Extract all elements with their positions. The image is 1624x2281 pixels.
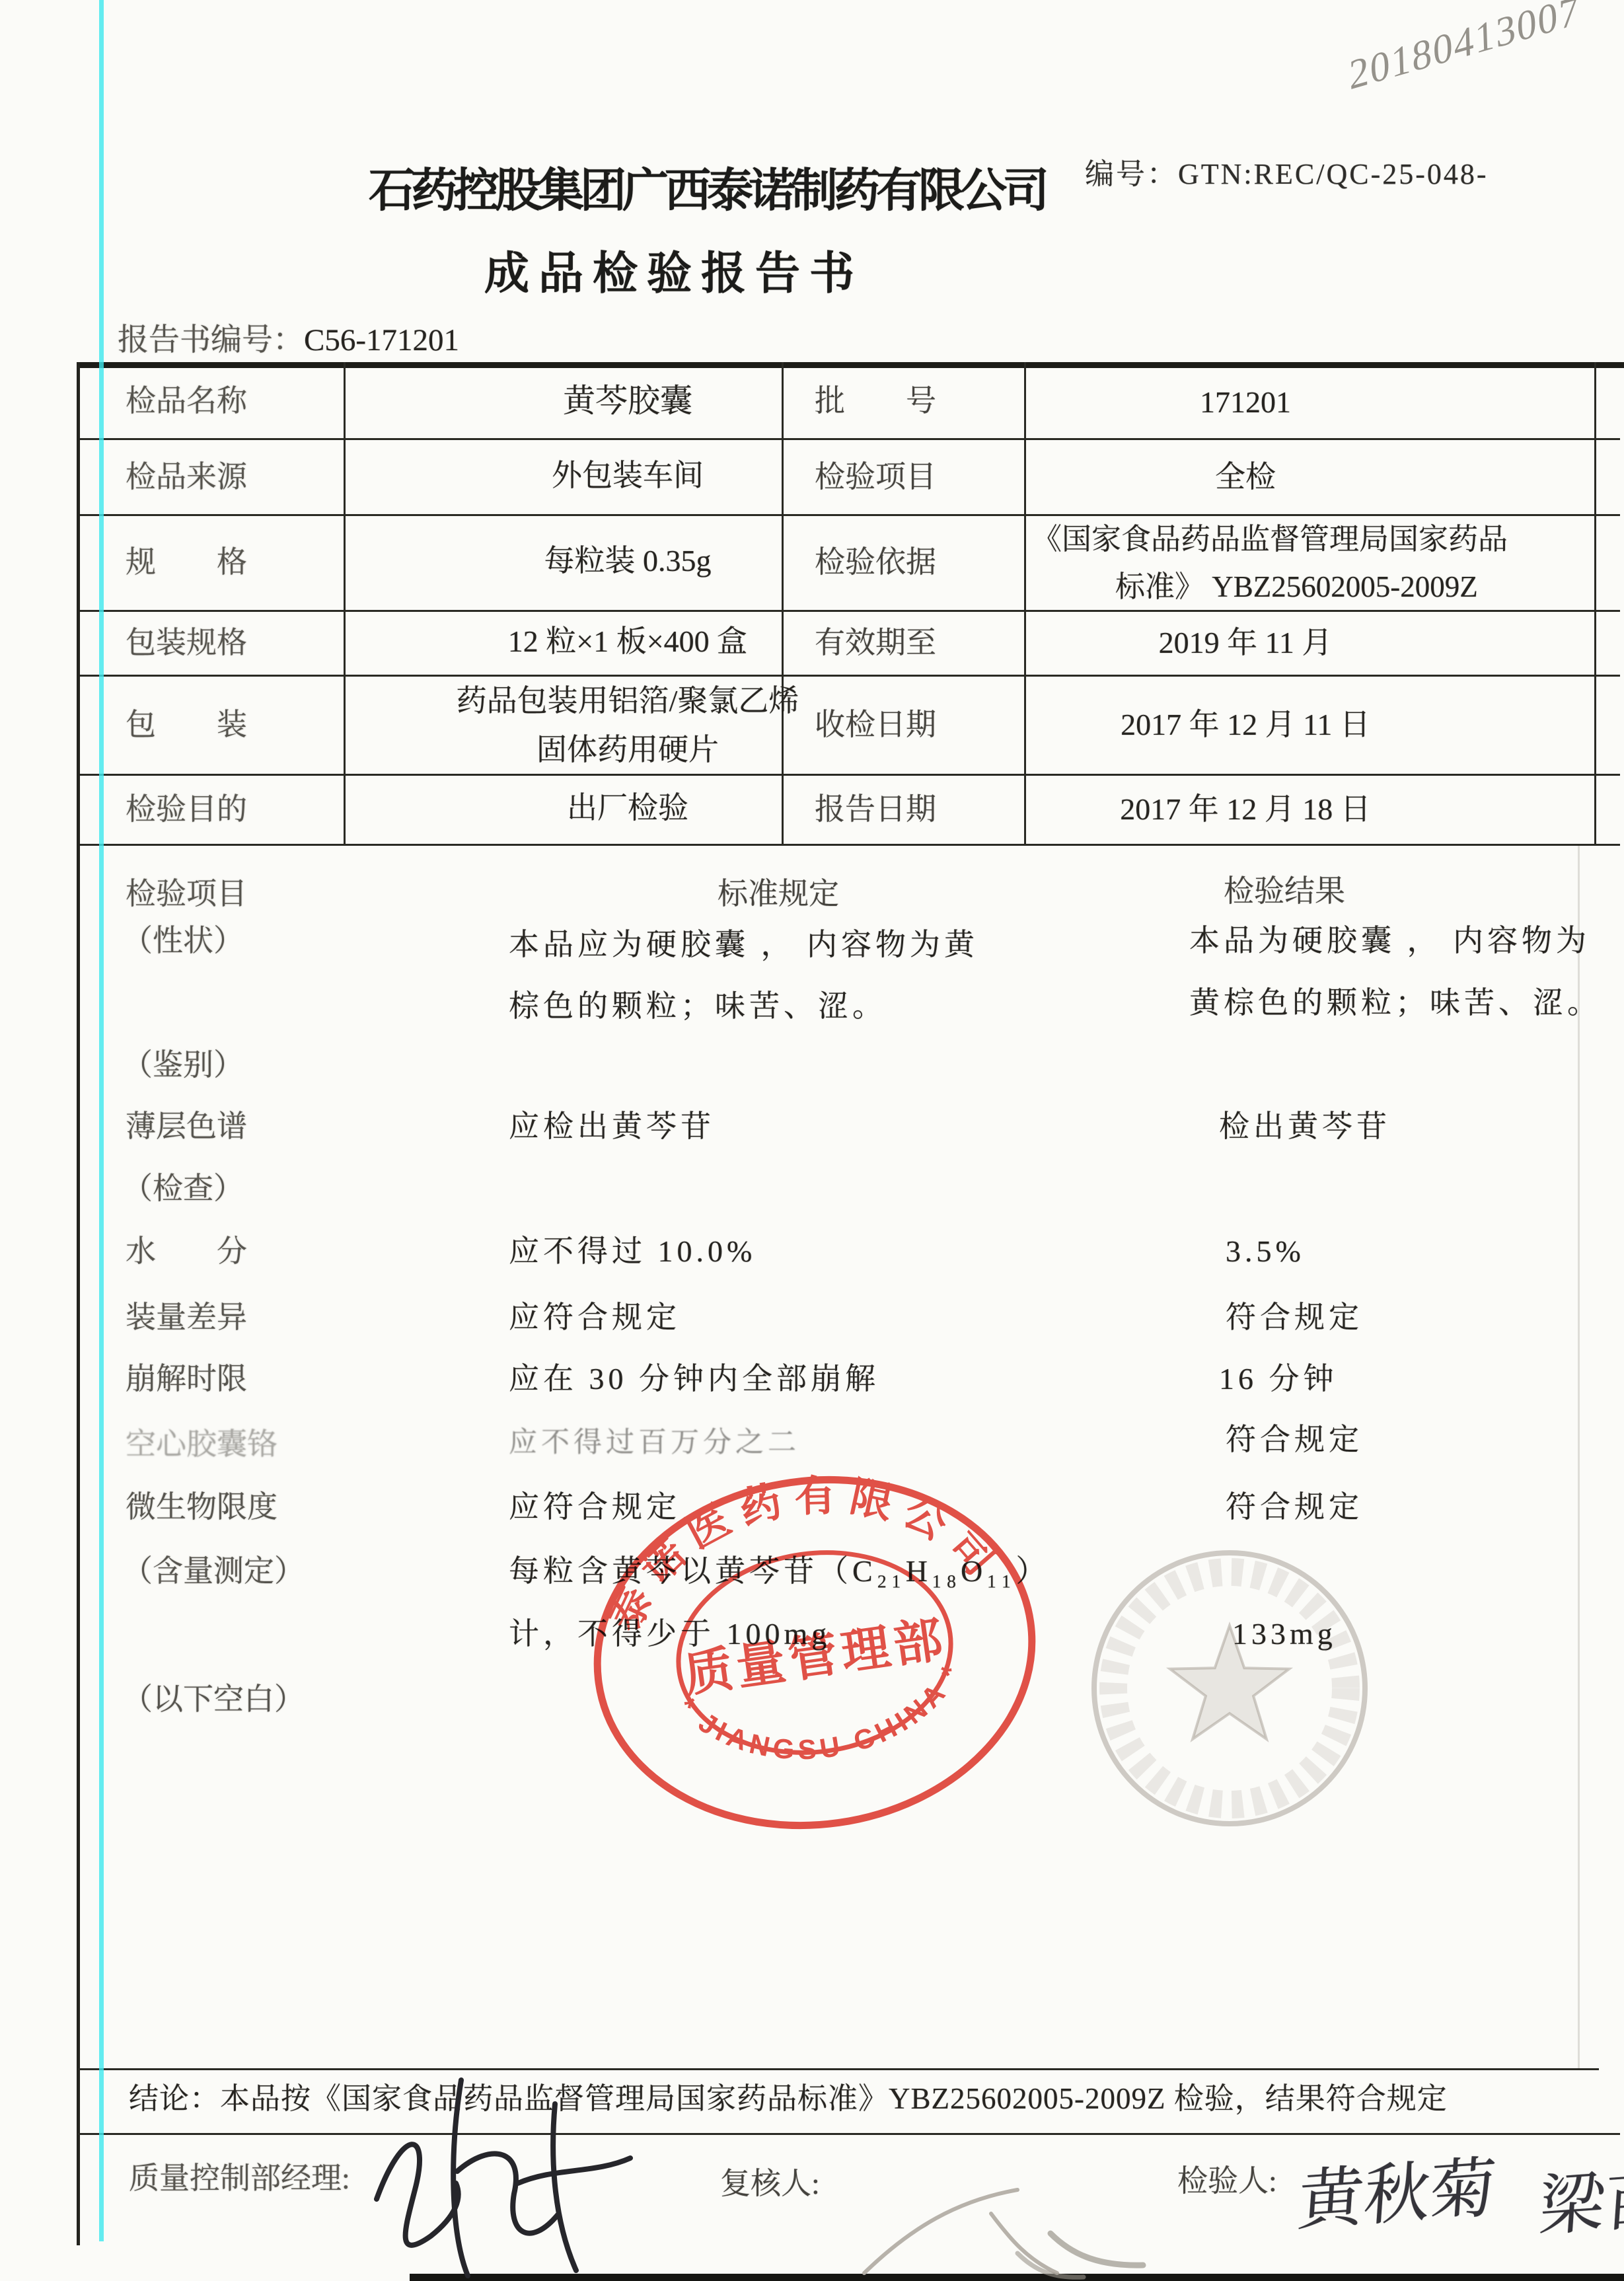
left-margin-line [77,362,80,2245]
report-title: 成品检验报告书 [462,246,885,302]
table-grid-line [78,675,1620,677]
info-label: 检验依据 [815,543,936,581]
info-value: 药品包装用铝箔/聚氯乙烯 [396,682,859,720]
conclusion-fade [1526,2074,1624,2121]
info-value: 2019 年 11 月 [978,624,1513,662]
results-header-spec: 标准规定 [620,875,937,913]
red-company-stamp: 泰诺医药有限公司 * JIANGSU CHINA * 质量管理部 [560,1437,1069,1868]
info-label: 有效期至 [815,624,936,662]
table-grid-line [78,514,1620,516]
result-spec: 应不得过百万分之二 [509,1425,800,1461]
result-item: 薄层色谱 [126,1107,247,1146]
result-item: 崩解时限 [126,1360,247,1398]
result-spec: 应不得过 10.0% [509,1232,756,1271]
doc-number: 编号：GTN:REC/QC-25-048- [1085,156,1489,192]
info-value: 黄芩胶囊 [396,381,859,421]
info-label: 包 装 [126,706,247,744]
info-value: 每粒装 0.35g [396,542,859,580]
result-item: （检查） [122,1170,244,1208]
info-label: 检品名称 [126,382,247,420]
reviewer-label: 复核人: [720,2165,820,2203]
info-label: 收检日期 [815,706,936,744]
info-label: 检验目的 [126,790,247,829]
grey-company-stamp [1078,1536,1382,1840]
info-label: 报告日期 [815,790,936,829]
result-spec: 棕色的颗粒；味苦、涩。 [509,987,887,1026]
table-column-line [344,362,346,844]
conclusion-text: 结论：本品按《国家食品药品监督管理局国家药品标准》YBZ25602005-200… [129,2080,1448,2117]
result-item: 微生物限度 [126,1488,277,1526]
conclusion-box-top [78,2068,1599,2070]
result-spec: 应在 30 分钟内全部崩解 [509,1360,879,1398]
info-value: 2017 年 12 月 11 日 [978,706,1513,744]
cyan-scan-line [99,0,104,2241]
table-top-border [78,362,1624,368]
result-item: 空心胶囊铬 [126,1425,277,1464]
table-grid-line [78,844,1620,846]
result-value: 本品为硬胶囊 ， 内容物为 [1189,922,1590,960]
doc-number-value: GTN:REC/QC-25-048- [1178,158,1489,190]
report-number: 报告书编号：C56-171201 [118,321,459,360]
table-column-line [1024,362,1026,844]
result-value: 符合规定 [1226,1421,1363,1459]
result-item: 水 分 [126,1232,247,1271]
stamp-center-text: 质量管理部 [681,1612,950,1703]
scanned-report-page: 20180413007 编号：GTN:REC/QC-25-048- 石药控股集团… [0,0,1624,2281]
star-icon [1170,1626,1290,1739]
info-label: 检品来源 [126,458,247,496]
result-item: （以下空白） [122,1680,305,1719]
info-label: 包装规格 [126,624,247,662]
report-number-value: C56-171201 [304,323,459,357]
inspector-signature: 黄秋菊 [1295,2134,1499,2243]
info-label: 规 格 [126,543,247,581]
table-right-border [1594,362,1596,844]
manager-label: 质量控制部经理: [129,2159,350,2198]
result-value: 黄棕色的颗粒；味苦、涩。 [1189,984,1602,1022]
conclusion-box-bottom [78,2133,1620,2135]
result-value: 符合规定 [1226,1488,1363,1526]
reviewer-signature-faint [852,2174,1163,2281]
manager-signature-scrawl [357,2060,641,2281]
result-value: 检出黄芩苷 [1219,1107,1391,1146]
page-edge-shadow [1578,846,1580,2068]
result-value: 符合规定 [1226,1298,1363,1337]
results-header-result: 检验结果 [1126,872,1443,911]
stamp-ring-text: 泰诺医药有限公司 [585,1445,1014,1643]
info-value: 全检 [978,458,1513,496]
info-value: 《国家食品药品监督管理局国家药品 [1032,521,1508,558]
result-spec: 应符合规定 [509,1298,681,1337]
result-spec: 本品应为硬胶囊 ， 内容物为黄 [509,926,978,964]
handwritten-serial: 20180413007 [1348,0,1580,100]
table-grid-line [78,438,1620,440]
result-item: （鉴别） [122,1046,244,1084]
result-value: 16 分钟 [1219,1360,1338,1398]
svg-text:泰诺医药有限公司: 泰诺医药有限公司 [585,1445,1014,1643]
info-value: 外包装车间 [396,457,859,495]
info-value: 标准》 YBZ25602005-2009Z [1115,568,1478,605]
result-spec: 应检出黄芩苷 [509,1107,715,1146]
table-column-line [782,362,784,844]
table-grid-line [78,774,1620,776]
result-item: （性状） [122,922,244,960]
info-value: 2017 年 12 月 18 日 [978,790,1513,829]
info-value: 171201 [978,383,1513,422]
doc-number-label: 编号： [1085,158,1178,190]
info-value: 出厂检验 [396,789,859,827]
inspector-label: 检验人: [1177,2162,1277,2200]
info-value: 固体药用硬片 [396,731,859,769]
result-value: 3.5% [1226,1232,1305,1271]
report-number-label: 报告书编号： [118,323,304,357]
result-item: （含量测定） [122,1552,305,1590]
table-grid-line [78,610,1620,612]
results-header-item: 检验项目 [126,875,247,913]
info-label: 批 号 [815,382,936,420]
company-name: 石药控股集团广西泰诺制药有限公司 [369,163,1045,221]
result-item: 装量差异 [126,1298,247,1337]
info-label: 检验项目 [815,458,936,496]
info-value: 12 粒×1 板×400 盒 [396,622,859,661]
inspector-signature: 梁苗 [1536,2144,1624,2249]
